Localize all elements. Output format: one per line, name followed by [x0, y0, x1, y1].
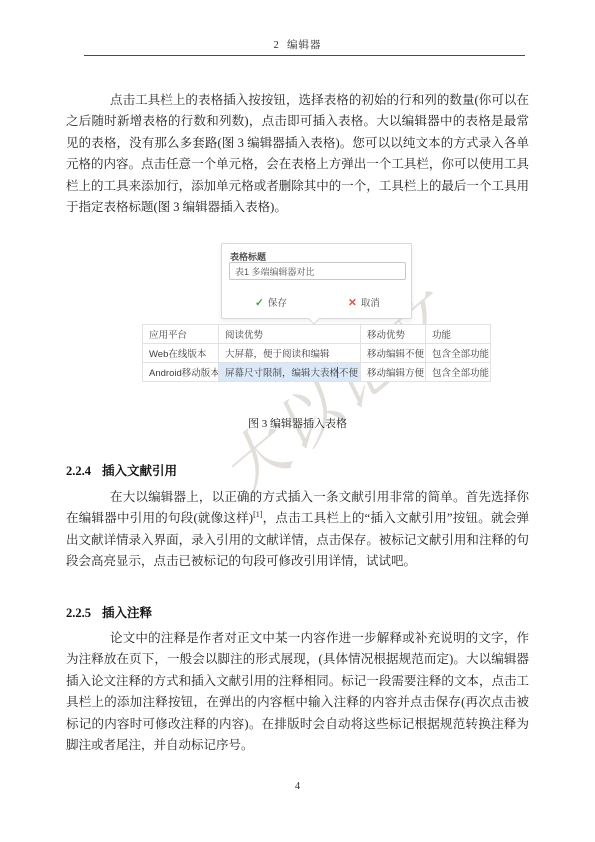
table-header-cell: 功能	[426, 325, 491, 344]
table-cell: Android移动版本	[143, 363, 219, 382]
chapter-title: 编辑器	[287, 40, 322, 51]
section-title: 插入注释	[102, 606, 152, 620]
table-cell: Web在线版本	[143, 344, 219, 363]
table-header-cell: 阅读优势	[219, 325, 361, 344]
page-number: 4	[0, 781, 595, 792]
table-cell: 移动编辑不便	[361, 344, 426, 363]
table-cell: 移动编辑方便	[361, 363, 426, 382]
document-page: 2 编辑器 大以论文 点击工具栏上的表格插入按按钮，选择表格的初始的行和列的数量…	[0, 0, 595, 842]
section-heading-225: 2.2.5插入注释	[66, 603, 152, 621]
text-cursor	[337, 367, 338, 378]
save-button-label: 保存	[268, 298, 287, 309]
table-cell-highlighted: 屏幕尺寸限制，编辑大表格不便	[219, 363, 361, 382]
body-paragraph-2: 在大以编辑器上，以正确的方式插入一条文献引用非常的简单。首先选择你在编辑器中引用…	[66, 487, 529, 573]
body-paragraph-1: 点击工具栏上的表格插入按按钮，选择表格的初始的行和列的数量(你可以在之后随时新增…	[66, 90, 529, 218]
table-header-cell: 移动优势	[361, 325, 426, 344]
comparison-table: 应用平台 阅读优势 移动优势 功能 Web在线版本 大屏幕，便于阅读和编辑 移动…	[142, 324, 491, 382]
table-header-row: 应用平台 阅读优势 移动优势 功能	[143, 325, 491, 344]
section-heading-224: 2.2.4插入文献引用	[66, 461, 177, 479]
table-row: Android移动版本 屏幕尺寸限制，编辑大表格不便 移动编辑方便 包含全部功能	[143, 363, 491, 382]
table-caption-input	[229, 262, 406, 280]
section-title: 插入文献引用	[102, 464, 177, 478]
cancel-button-label: 取消	[361, 298, 380, 309]
chapter-number: 2	[274, 40, 280, 51]
save-button: ✓保存	[255, 295, 287, 309]
citation-marker: [1]	[253, 510, 262, 519]
section-number: 2.2.4	[66, 464, 91, 478]
cancel-button: ✕取消	[348, 295, 380, 309]
table-caption-popup: 表格标题 ✓保存 ✕取消	[221, 243, 412, 319]
table-cell: 包含全部功能	[426, 363, 491, 382]
table-header-cell: 应用平台	[143, 325, 219, 344]
table-cell: 包含全部功能	[426, 344, 491, 363]
check-icon: ✓	[255, 297, 264, 309]
table-cell: 大屏幕，便于阅读和编辑	[219, 344, 361, 363]
table-row: Web在线版本 大屏幕，便于阅读和编辑 移动编辑不便 包含全部功能	[143, 344, 491, 363]
page-header: 2 编辑器	[0, 37, 595, 52]
header-rule	[84, 55, 525, 56]
popup-pointer-arrow	[308, 313, 319, 324]
section-number: 2.2.5	[66, 606, 91, 620]
x-icon: ✕	[348, 297, 357, 309]
figure-caption: 图 3 编辑器插入表格	[0, 415, 595, 431]
body-paragraph-3: 论文中的注释是作者对正文中某一内容作进一步解释或补充说明的文字，作为注释放在页下…	[66, 628, 529, 756]
